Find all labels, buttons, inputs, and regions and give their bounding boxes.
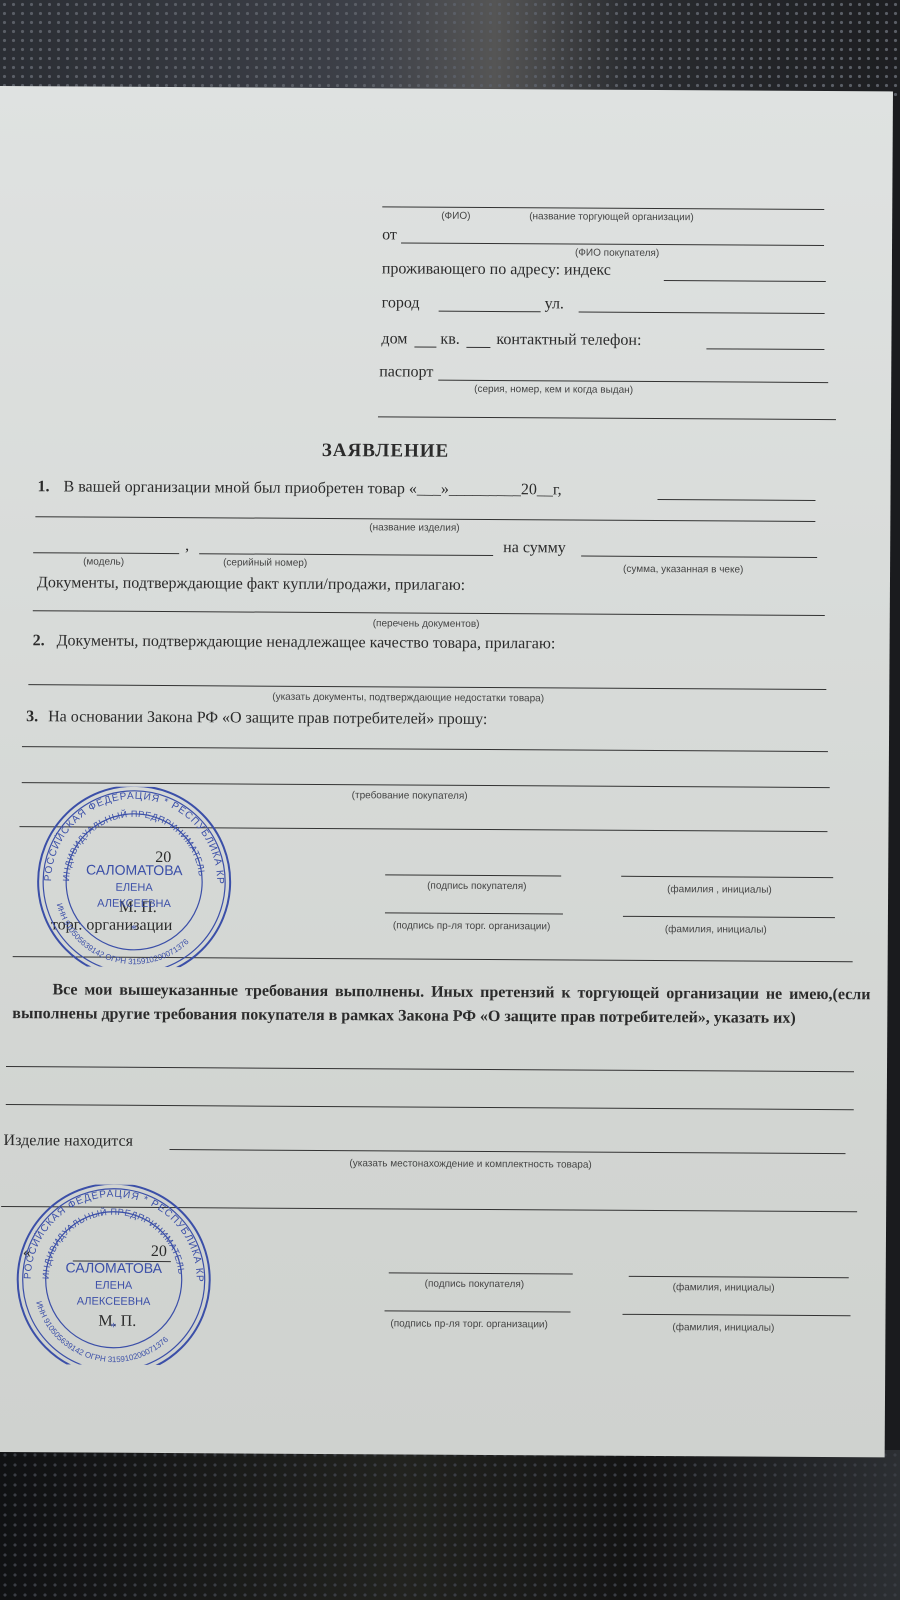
passport-line-2[interactable] <box>378 416 836 420</box>
section3-line-1[interactable] <box>22 746 828 752</box>
stamp-name-2: ЕЛЕНА <box>95 1280 133 1292</box>
buyer-name-caption-1: (фамилия , инициалы) <box>667 884 772 896</box>
document-page: (ФИО) (название торгующей организации) о… <box>0 86 893 1457</box>
house-line[interactable] <box>414 347 436 348</box>
stamp-name-3: АЛЕКСЕЕВНА <box>77 1295 151 1307</box>
caption-documents: (перечень документов) <box>373 618 480 630</box>
sum-line[interactable] <box>581 556 817 558</box>
phone-line[interactable] <box>706 348 824 350</box>
buyer-name-caption-2: (фамилия, инициалы) <box>673 1282 775 1294</box>
location-caption: (указать местонахождение и комплектность… <box>349 1158 591 1170</box>
street-label: ул. <box>545 295 564 313</box>
background-top <box>0 0 900 100</box>
caption-product: (название изделия) <box>369 522 459 534</box>
org-signature-line-2[interactable] <box>385 1310 571 1312</box>
caption-org: (название торгующей организации) <box>529 211 694 223</box>
documents-line[interactable] <box>33 610 825 616</box>
city-label: город <box>382 294 420 312</box>
org-name-caption-2: (фамилия, инициалы) <box>672 1322 774 1334</box>
org-name-caption-1: (фамилия, инициалы) <box>665 924 767 936</box>
section1-text: В вашей организации мной был приобретен … <box>63 478 561 499</box>
caption-fio: (ФИО) <box>441 211 470 222</box>
org-name-line-1[interactable] <box>623 916 835 918</box>
recipient-line[interactable] <box>382 206 824 210</box>
location-line[interactable] <box>170 1149 846 1154</box>
background-bottom <box>0 1450 900 1600</box>
buyer-signature-line-2[interactable] <box>389 1272 573 1274</box>
apt-label: кв. <box>440 331 459 349</box>
serial-line[interactable] <box>199 553 493 556</box>
section1-number: 1. <box>37 478 49 496</box>
model-line[interactable] <box>33 552 179 554</box>
from-label: от <box>382 226 397 244</box>
apt-line[interactable] <box>466 347 490 348</box>
stamp-name-1: САЛОМАТОВА <box>66 1259 163 1276</box>
caption-sum: (сумма, указанная в чеке) <box>623 564 743 576</box>
stamp-1: РОССИЙСКАЯ ФЕДЕРАЦИЯ * РЕСПУБЛИКА КРЫМ *… <box>29 786 240 967</box>
city-line[interactable] <box>439 311 541 313</box>
stamp-star: * <box>110 1320 116 1334</box>
product-name-line[interactable] <box>35 516 815 522</box>
stamp-name-1: САЛОМАТОВА <box>86 862 183 879</box>
caption-model: (модель) <box>83 557 124 568</box>
closing-text: Все мои вышеуказанные требования выполне… <box>12 978 870 1031</box>
caption-serial: (серийный номер) <box>223 557 307 569</box>
closing-line-1[interactable] <box>6 1066 854 1072</box>
caption-passport: (серия, номер, кем и когда выдан) <box>474 384 633 396</box>
buyer-signature-line-1[interactable] <box>385 874 561 876</box>
stamp-name-3: АЛЕКСЕЕВНА <box>97 898 171 910</box>
org-signature-line-1[interactable] <box>385 912 563 914</box>
documents-text: Документы, подтверждающие факт купли/про… <box>37 574 465 595</box>
buyer-name-line-2[interactable] <box>629 1276 849 1278</box>
sum-label: на сумму <box>503 539 566 557</box>
passport-label: паспорт <box>379 363 433 381</box>
caption-buyer: (ФИО покупателя) <box>575 248 659 260</box>
section1-tail-line[interactable] <box>657 499 815 501</box>
street-line[interactable] <box>579 312 825 315</box>
buyer-sign-caption-2: (подпись покупателя) <box>425 1279 524 1291</box>
section3-text: На основании Закона РФ «О защите прав по… <box>48 708 487 729</box>
document-title: ЗАЯВЛЕНИЕ <box>322 440 450 463</box>
buyer-fio-line[interactable] <box>401 242 824 246</box>
section2-caption: (указать документы, подтверждающие недос… <box>272 692 544 705</box>
section3-caption: (требование покупателя) <box>352 790 468 802</box>
buyer-name-line-1[interactable] <box>621 876 833 878</box>
section2-line[interactable] <box>28 684 826 690</box>
stamp-star: * <box>131 922 137 936</box>
house-label: дом <box>381 330 407 348</box>
index-line[interactable] <box>664 280 826 282</box>
org-sign-caption-2: (подпись пр-ля торг. организации) <box>390 1318 547 1330</box>
location-label: Изделие находится <box>4 1132 134 1151</box>
stamp-2: РОССИЙСКАЯ ФЕДЕРАЦИЯ * РЕСПУБЛИКА КРЫМ *… <box>8 1184 219 1365</box>
address-label: проживающего по адресу: индекс <box>382 260 611 279</box>
section2-text: Документы, подтверждающие ненадлежащее к… <box>57 632 556 653</box>
closing-line-2[interactable] <box>6 1104 854 1110</box>
section3-number: 3. <box>26 708 38 726</box>
org-sign-caption-1: (подпись пр-ля торг. организации) <box>393 920 550 932</box>
phone-label: контактный телефон: <box>496 331 641 350</box>
org-name-line-2[interactable] <box>623 1314 851 1316</box>
buyer-sign-caption-1: (подпись покупателя) <box>427 881 526 893</box>
comma: , <box>185 537 189 555</box>
passport-line[interactable] <box>438 380 828 383</box>
stamp-name-2: ЕЛЕНА <box>115 882 153 894</box>
section2-number: 2. <box>33 632 45 650</box>
